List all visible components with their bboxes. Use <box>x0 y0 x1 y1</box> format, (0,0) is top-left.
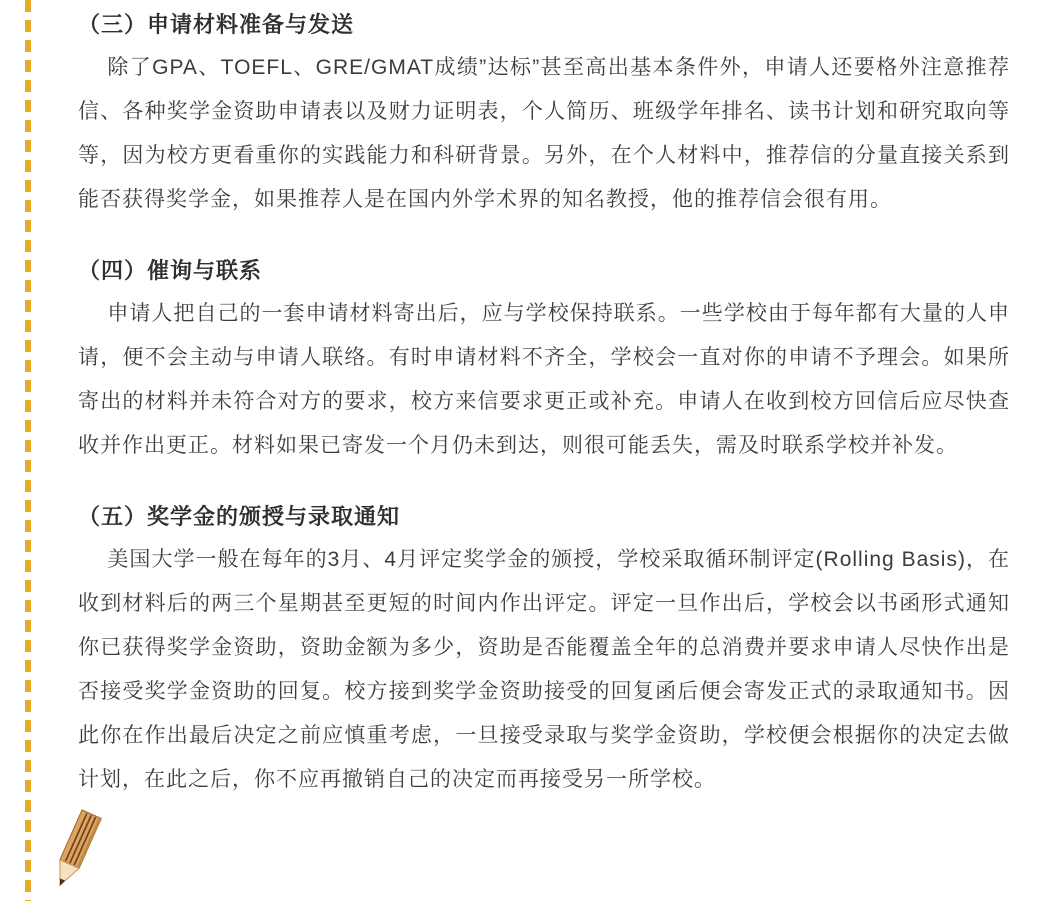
section-paragraph: 美国大学一般在每年的3月、4月评定奖学金的颁授，学校采取循环制评定(Rollin… <box>78 538 1010 802</box>
left-dashed-border <box>25 0 31 901</box>
section-heading: （五）奖学金的颁授与录取通知 <box>78 502 1010 532</box>
section-paragraph: 申请人把自己的一套申请材料寄出后，应与学校保持联系。一些学校由于每年都有大量的人… <box>78 292 1010 468</box>
section-heading: （四）催询与联系 <box>78 256 1010 286</box>
section-scholarship-award-admission: （五）奖学金的颁授与录取通知 美国大学一般在每年的3月、4月评定奖学金的颁授，学… <box>78 502 1010 802</box>
article-content: （三）申请材料准备与发送 除了GPA、TOEFL、GRE/GMAT成绩”达标”甚… <box>78 4 1010 802</box>
section-application-materials: （三）申请材料准备与发送 除了GPA、TOEFL、GRE/GMAT成绩”达标”甚… <box>78 10 1010 222</box>
pencil-icon <box>44 808 100 892</box>
document-page: （三）申请材料准备与发送 除了GPA、TOEFL、GRE/GMAT成绩”达标”甚… <box>0 0 1044 901</box>
section-follow-up-contact: （四）催询与联系 申请人把自己的一套申请材料寄出后，应与学校保持联系。一些学校由… <box>78 256 1010 468</box>
section-paragraph: 除了GPA、TOEFL、GRE/GMAT成绩”达标”甚至高出基本条件外，申请人还… <box>78 46 1010 222</box>
section-heading: （三）申请材料准备与发送 <box>78 10 1010 40</box>
